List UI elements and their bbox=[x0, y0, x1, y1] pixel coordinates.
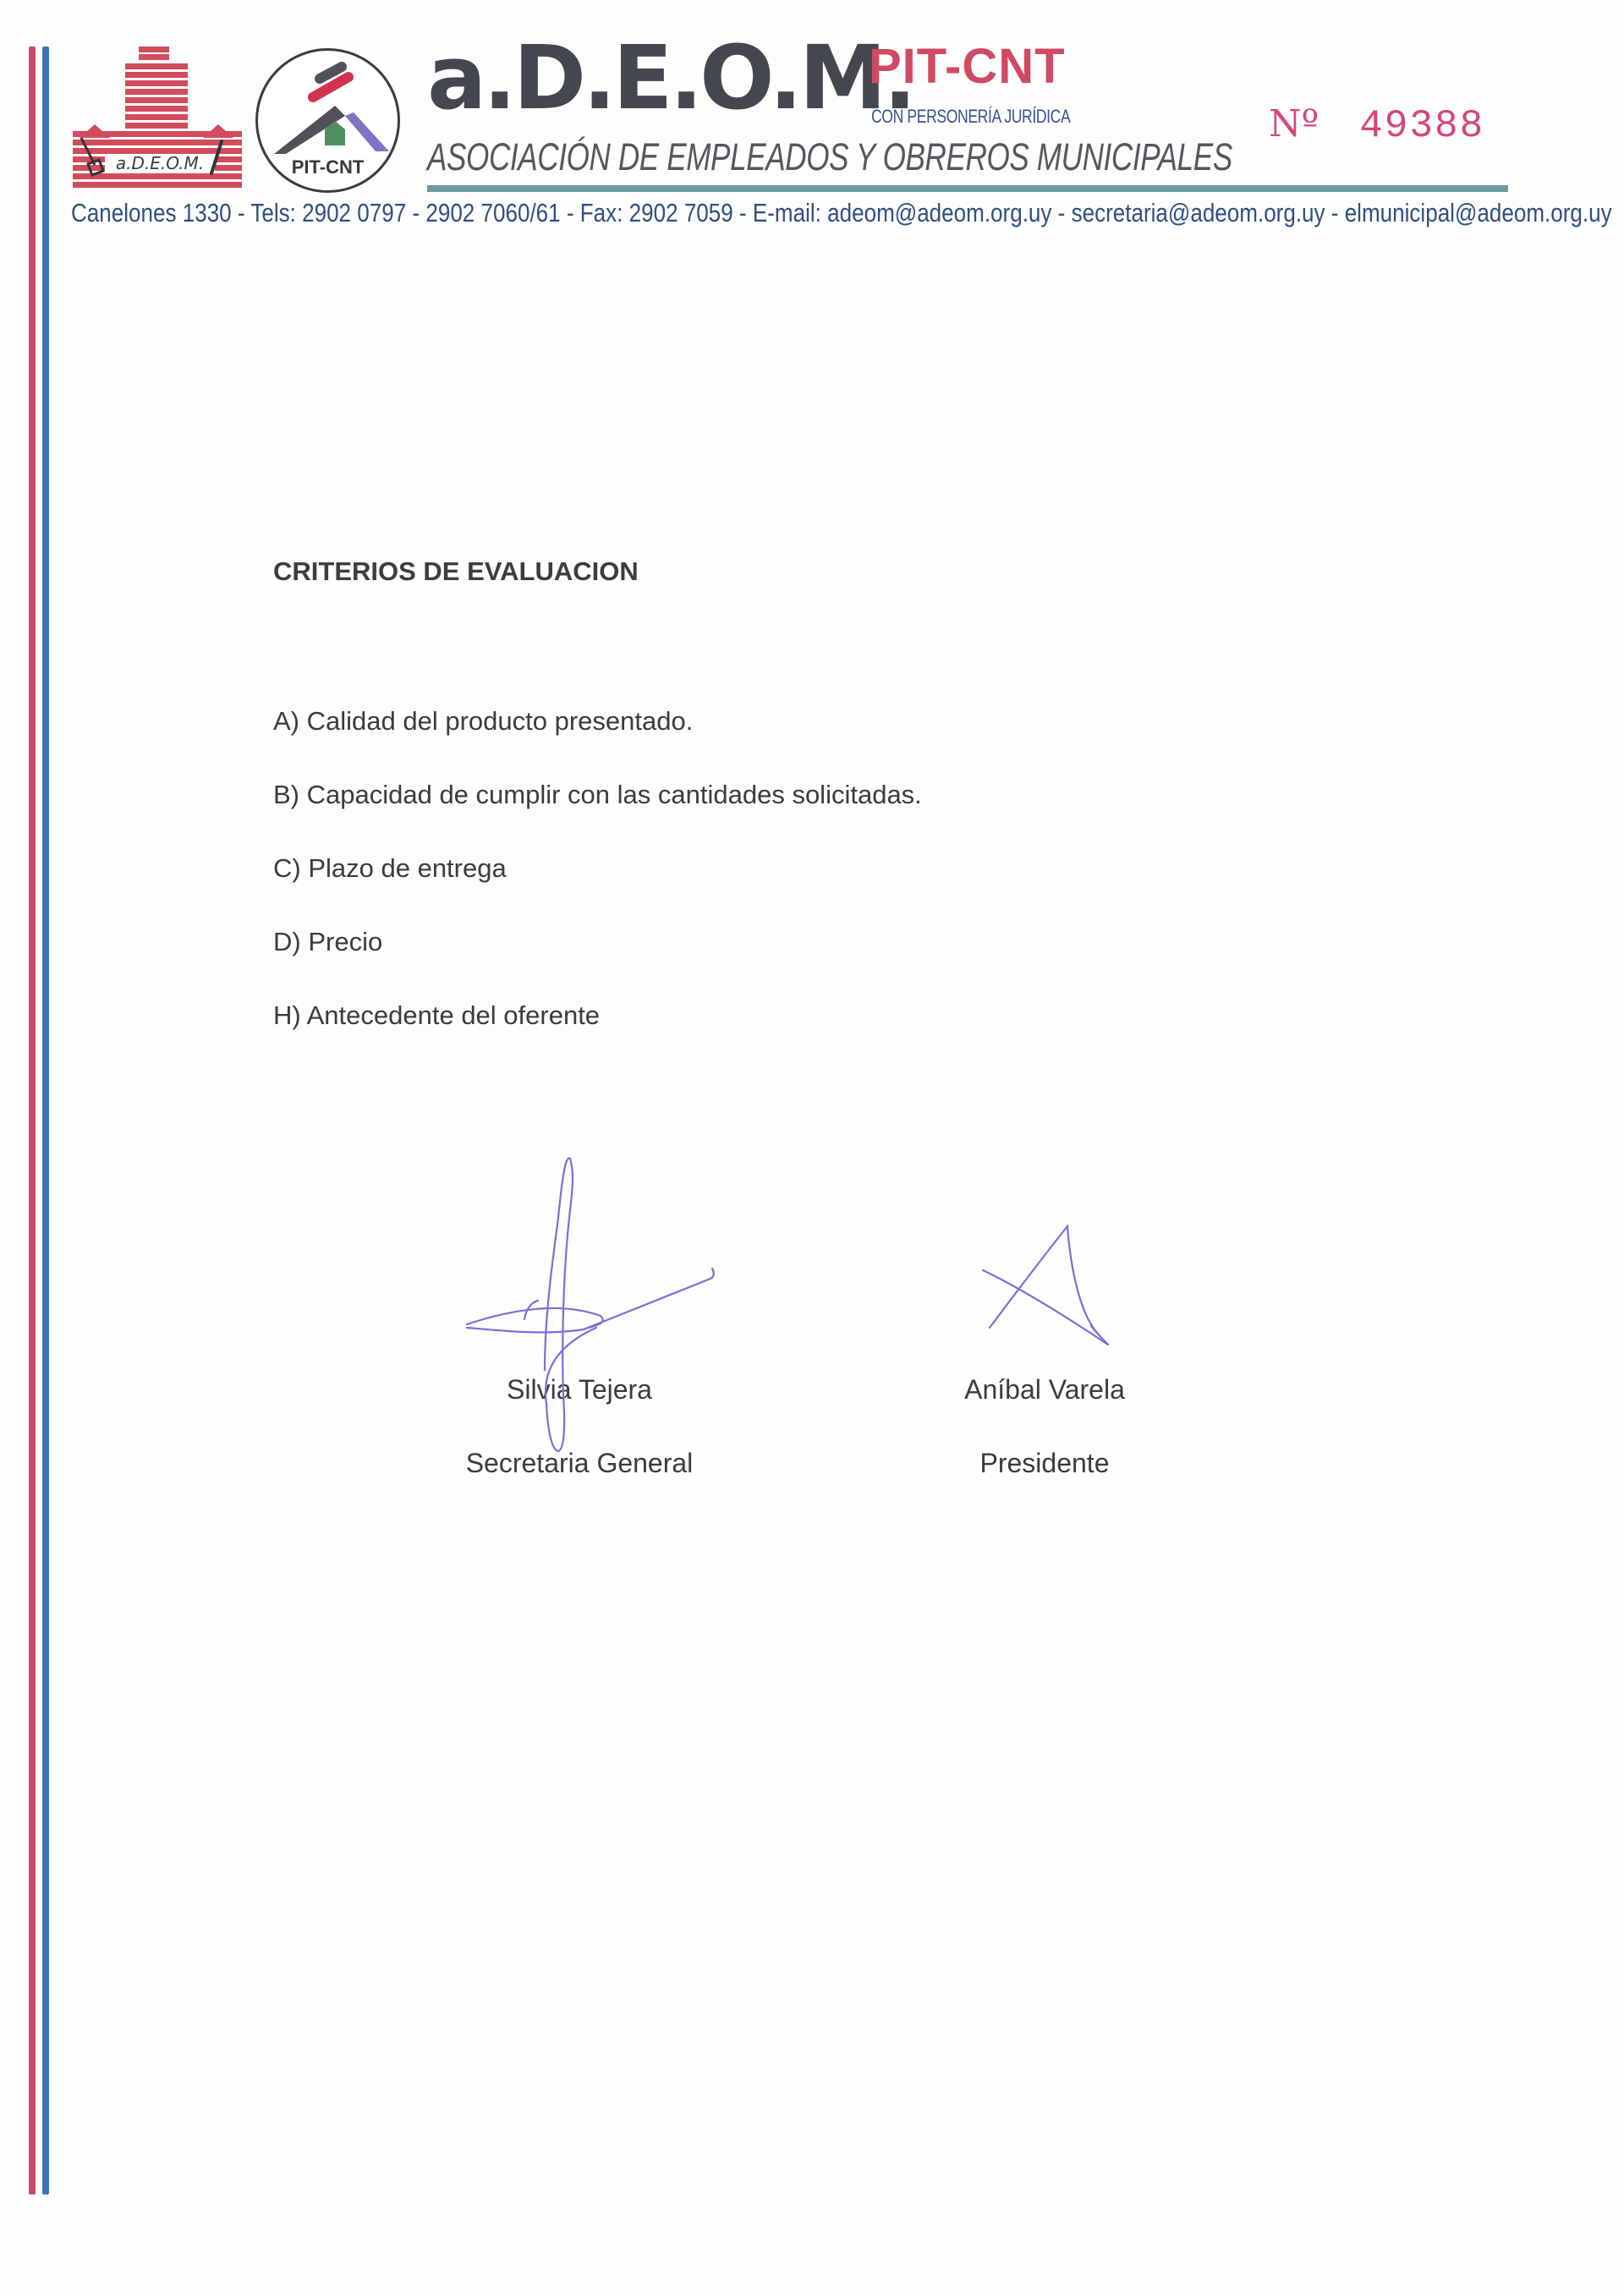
criteria-item: C) Plazo de entrega bbox=[273, 852, 922, 925]
signatory-role: Secretaria General bbox=[440, 1442, 719, 1484]
document-title: CRITERIOS DE EVALUACION bbox=[273, 556, 639, 587]
criteria-item: H) Antecedente del oferente bbox=[273, 999, 922, 1072]
pit-cnt-logo-icon: PIT-CNT bbox=[254, 47, 402, 195]
signature-block-presidente: Aníbal Varela Presidente bbox=[905, 1368, 1184, 1484]
serial-number: 49388 bbox=[1359, 104, 1484, 148]
criteria-item: B) Capacidad de cumplir con las cantidad… bbox=[273, 778, 922, 852]
contact-line: Canelones 1330 - Tels: 2902 0797 - 2902 … bbox=[71, 200, 1612, 226]
adeom-building-logo-icon: a.D.E.O.M. bbox=[71, 47, 244, 190]
criteria-item: D) Precio bbox=[273, 925, 922, 999]
organization-full-name: ASOCIACIÓN DE EMPLEADOS Y OBREROS MUNICI… bbox=[427, 138, 1232, 176]
brand-pit-cnt: PIT-CNT bbox=[869, 42, 1066, 91]
serial-prefix: Nº bbox=[1269, 102, 1319, 145]
svg-text:a.D.E.O.M.: a.D.E.O.M. bbox=[116, 153, 204, 173]
header-divider bbox=[427, 185, 1508, 192]
left-red-bar bbox=[29, 47, 36, 2195]
signatory-name: Aníbal Varela bbox=[905, 1368, 1184, 1442]
personeria-juridica-label: CON PERSONERÍA JURÍDICA bbox=[871, 107, 1070, 126]
criteria-item: A) Calidad del producto presentado. bbox=[273, 704, 922, 778]
signatory-name: Silvia Tejera bbox=[440, 1368, 719, 1442]
serial-number-stamp: Nº49388 bbox=[1269, 106, 1484, 145]
criteria-list: A) Calidad del producto presentado. B) C… bbox=[273, 704, 922, 1072]
signature-anibal-varela-icon bbox=[981, 1218, 1150, 1362]
brand-mark: a.D.E.O.M. bbox=[427, 34, 913, 122]
signature-block-secretaria: Silvia Tejera Secretaria General bbox=[440, 1368, 719, 1484]
svg-text:PIT-CNT: PIT-CNT bbox=[292, 156, 365, 178]
signatory-role: Presidente bbox=[905, 1442, 1184, 1484]
left-blue-bar bbox=[42, 47, 49, 2195]
